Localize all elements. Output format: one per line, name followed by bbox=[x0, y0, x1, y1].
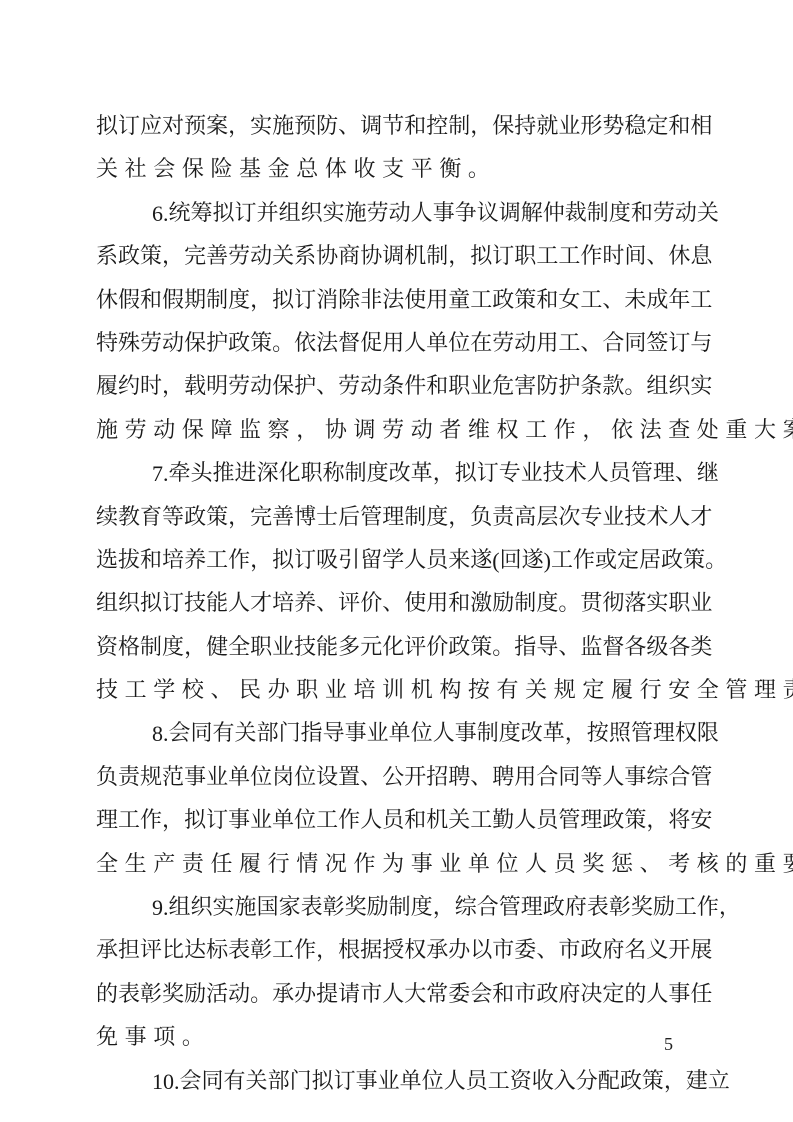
text-line: 履约时，载明劳动保护、劳动条件和职业危害防护条款。组织实 bbox=[96, 365, 698, 408]
text-line: 负责规范事业单位岗位设置、公开招聘、聘用合同等人事综合管 bbox=[96, 756, 698, 799]
text-line: 系政策，完善劳动关系协商协调机制，拟订职工工作时间、休息 bbox=[96, 235, 698, 278]
text-line: 施劳动保障监察，协调劳动者维权工作，依法查处重大案件。 bbox=[96, 409, 698, 452]
text-line: 的表彰奖励活动。承办提请市人大常委会和市政府决定的人事任 bbox=[96, 973, 698, 1016]
text-line: 全生产责任履行情况作为事业单位人员奖惩、考核的重要内容。 bbox=[96, 843, 698, 886]
document-page: 拟订应对预案，实施预防、调节和控制，保持就业形势稳定和相关社会保险基金总体收支平… bbox=[0, 0, 793, 1122]
text-line: 拟订应对预案，实施预防、调节和控制，保持就业形势稳定和相 bbox=[96, 105, 698, 148]
text-line: 资格制度，健全职业技能多元化评价政策。指导、监督各级各类 bbox=[96, 626, 698, 669]
text-line: 休假和假期制度，拟订消除非法使用童工政策和女工、未成年工 bbox=[96, 279, 698, 322]
text-line: 承担评比达标表彰工作，根据授权承办以市委、市政府名义开展 bbox=[96, 929, 698, 972]
text-line: 10.会同有关部门拟订事业单位人员工资收入分配政策，建立 bbox=[96, 1060, 698, 1103]
text-line: 6.统筹拟订并组织实施劳动人事争议调解仲裁制度和劳动关 bbox=[96, 192, 698, 235]
text-line: 免事项。 bbox=[96, 1016, 698, 1059]
text-line: 关社会保险基金总体收支平衡。 bbox=[96, 148, 698, 191]
text-line: 8.会同有关部门指导事业单位人事制度改革，按照管理权限 bbox=[96, 712, 698, 755]
text-line: 理工作，拟订事业单位工作人员和机关工勤人员管理政策，将安 bbox=[96, 799, 698, 842]
text-line: 7.牵头推进深化职称制度改革，拟订专业技术人员管理、继 bbox=[96, 452, 698, 495]
text-line: 技工学校、民办职业培训机构按有关规定履行安全管理责任。 bbox=[96, 669, 698, 712]
page-number: 5 bbox=[664, 1034, 673, 1055]
text-line: 选拔和培养工作，拟订吸引留学人员来遂(回遂)工作或定居政策。 bbox=[96, 539, 698, 582]
text-line: 组织拟订技能人才培养、评价、使用和激励制度。贯彻落实职业 bbox=[96, 582, 698, 625]
text-line: 9.组织实施国家表彰奖励制度，综合管理政府表彰奖励工作， bbox=[96, 886, 698, 929]
text-line: 续教育等政策，完善博士后管理制度，负责高层次专业技术人才 bbox=[96, 496, 698, 539]
body-text: 拟订应对预案，实施预防、调节和控制，保持就业形势稳定和相关社会保险基金总体收支平… bbox=[96, 105, 698, 1103]
text-line: 特殊劳动保护政策。依法督促用人单位在劳动用工、合同签订与 bbox=[96, 322, 698, 365]
